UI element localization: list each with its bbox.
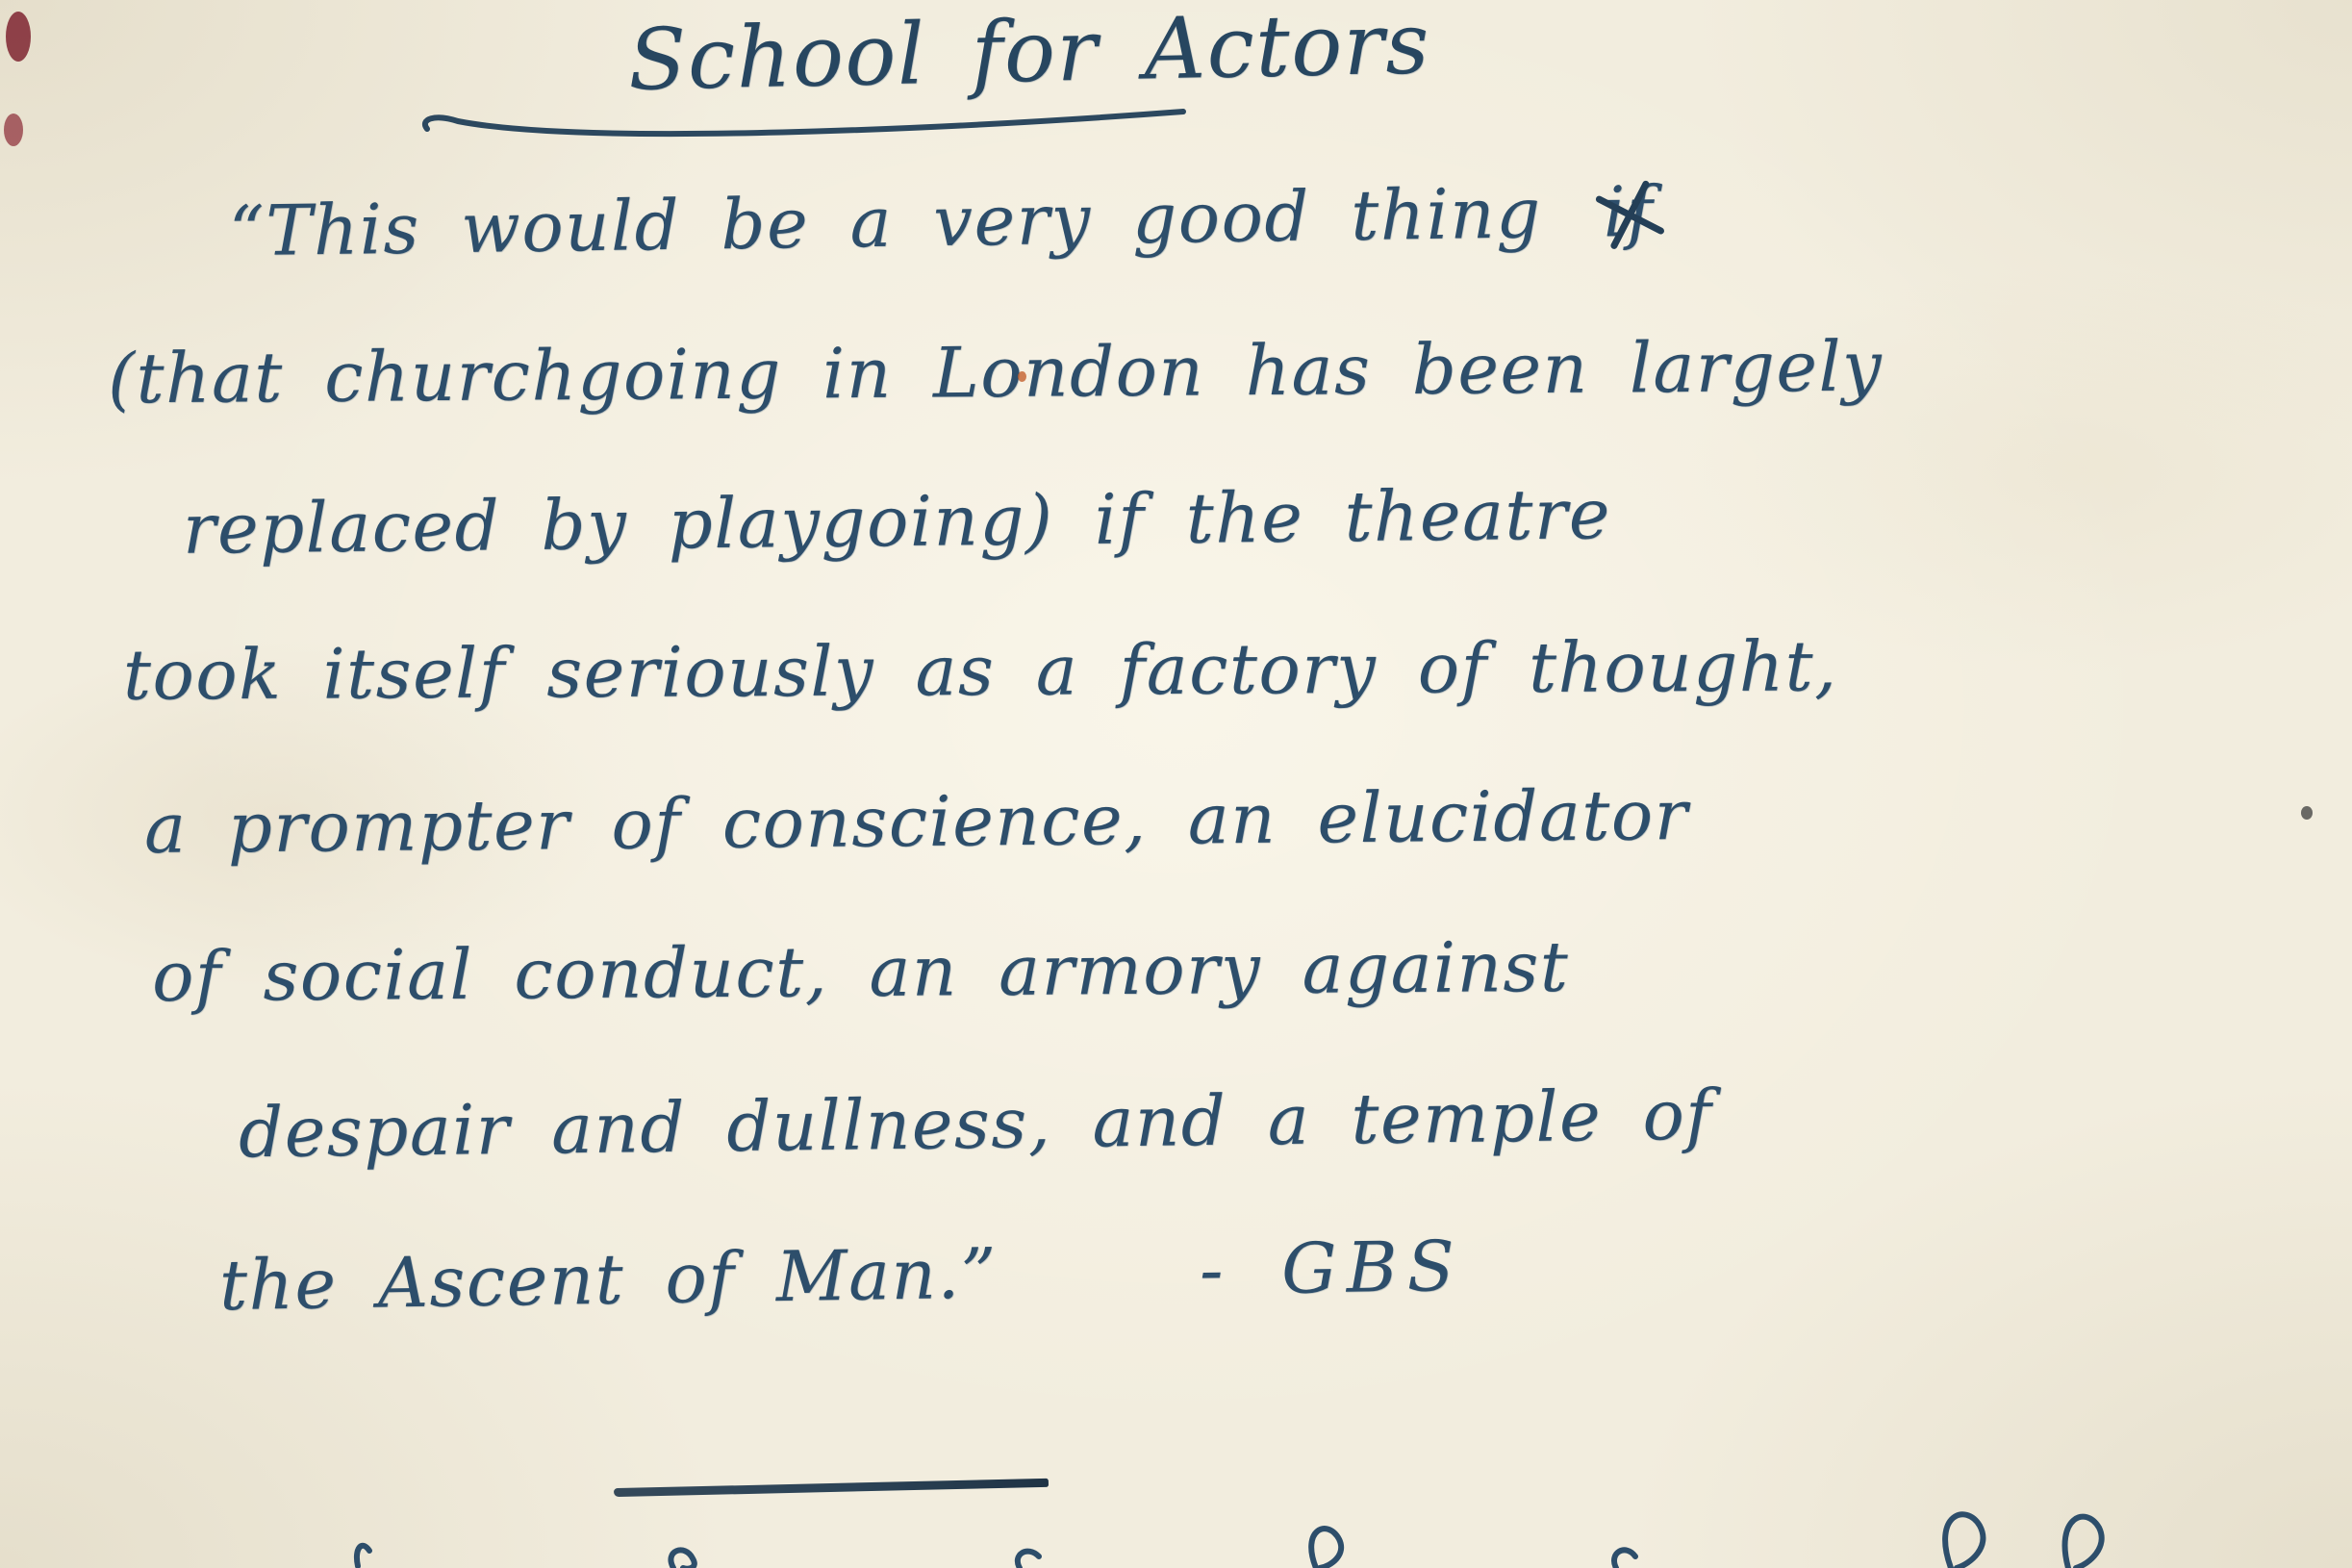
handwritten-line-6: of social conduct, an armory against bbox=[152, 926, 1570, 1017]
ink-speck bbox=[1018, 371, 1026, 382]
crossed-out-word: if bbox=[1603, 171, 1655, 253]
line-8-text: the Ascent of Man.” bbox=[218, 1232, 998, 1326]
line-1-text: “This would be a very good thing bbox=[228, 172, 1542, 271]
handwritten-line-3: replaced by playgoing) if the theatre bbox=[183, 473, 1612, 569]
ink-speck bbox=[2301, 806, 2313, 820]
ink-speck bbox=[4, 114, 23, 146]
cutoff-handwriting-fragment bbox=[0, 1501, 2352, 1568]
handwritten-line-4: took itself seriously as a factory of th… bbox=[123, 625, 1838, 715]
handwritten-line-2: (that churchgoing in London has been lar… bbox=[108, 326, 1884, 419]
handwritten-line-7: despair and dullness, and a temple of bbox=[239, 1075, 1713, 1174]
ink-speck bbox=[6, 12, 31, 62]
attribution: - GBS bbox=[1199, 1226, 1464, 1310]
handwritten-line-5: a prompter of conscience, an elucidator bbox=[144, 774, 1689, 869]
manuscript-page: School for Actors “This would be a very … bbox=[0, 0, 2352, 1568]
page-title: School for Actors bbox=[596, 2, 1462, 101]
section-divider bbox=[614, 1479, 1049, 1497]
title-underline bbox=[414, 92, 1193, 150]
handwritten-line-1: “This would be a very good thingif bbox=[228, 171, 1654, 272]
handwritten-line-8: the Ascent of Man.”- GBS bbox=[218, 1226, 1464, 1326]
